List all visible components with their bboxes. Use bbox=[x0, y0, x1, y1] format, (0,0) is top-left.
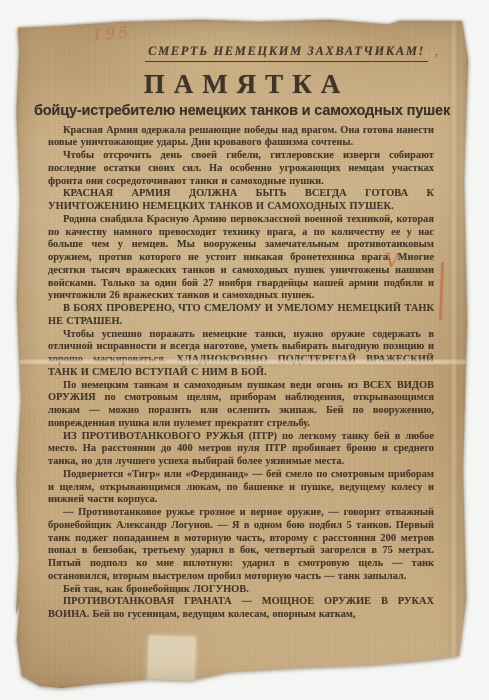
body-paragraph: Родина снабдила Красную Армию первокласс… bbox=[48, 214, 434, 303]
body-paragraph: КРАСНАЯ АРМИЯ ДОЛЖНА БЫТЬ ВСЕГДА ГОТОВА … bbox=[48, 188, 434, 214]
document-subtitle: бойцу-истребителю немецких танков и само… bbox=[23, 102, 461, 119]
red-pencil-margin-line bbox=[439, 262, 444, 320]
handwritten-inventory-number: 195 bbox=[91, 22, 132, 44]
vertical-fold-crease bbox=[450, 20, 458, 688]
body-paragraph: Бей так, как бронебойщик ЛОГУНОВ. bbox=[48, 584, 434, 597]
red-pencil-checkmark: V bbox=[384, 249, 400, 272]
body-paragraph: ПРОТИВОТАНКОВАЯ ГРАНАТА — МОЩНОЕ ОРУЖИЕ … bbox=[48, 596, 434, 622]
body-paragraph: Чтобы отсрочить день своей гибели, гитле… bbox=[48, 150, 434, 188]
body-paragraph: Чтобы успешно поражать немецкие танки, н… bbox=[48, 329, 434, 380]
scan-backdrop: 195 СМЕРТЬ НЕМЕЦКИМ ЗАХВАТЧИКАМ! , ПАМЯТ… bbox=[0, 0, 489, 700]
body-paragraph: ИЗ ПРОТИВОТАНКОВОГО РУЖЬЯ (ПТР) по легко… bbox=[48, 431, 434, 469]
body-paragraph: — Противотанковое ружье грозное и верное… bbox=[48, 507, 434, 584]
body-paragraph: В БОЯХ ПРОВЕРЕНО, ЧТО СМЕЛОМУ И УМЕЛОМУ … bbox=[48, 303, 434, 329]
body-paragraph: Подвернется «Тигр» или «Фердинанд» — бей… bbox=[48, 469, 434, 507]
body-paragraph: Красная Армия одержала решающие победы н… bbox=[48, 125, 434, 151]
leaflet-paper-wrap: 195 СМЕРТЬ НЕМЕЦКИМ ЗАХВАТЧИКАМ! , ПАМЯТ… bbox=[0, 0, 489, 700]
slogan-death-to-german-invaders: СМЕРТЬ НЕМЕЦКИМ ЗАХВАТЧИКАМ! bbox=[145, 44, 428, 62]
document-title: ПАМЯТКА bbox=[16, 69, 468, 100]
pen-mark: , bbox=[435, 44, 438, 59]
slogan-row: СМЕРТЬ НЕМЕЦКИМ ЗАХВАТЧИКАМ! , bbox=[16, 44, 438, 62]
leaflet-paper: 195 СМЕРТЬ НЕМЕЦКИМ ЗАХВАТЧИКАМ! , ПАМЯТ… bbox=[16, 20, 468, 688]
document-body: Красная Армия одержала решающие победы н… bbox=[48, 125, 434, 622]
body-paragraph: По немецким танкам и самоходным пушкам в… bbox=[48, 380, 434, 431]
tape-repair-patch bbox=[147, 635, 196, 691]
